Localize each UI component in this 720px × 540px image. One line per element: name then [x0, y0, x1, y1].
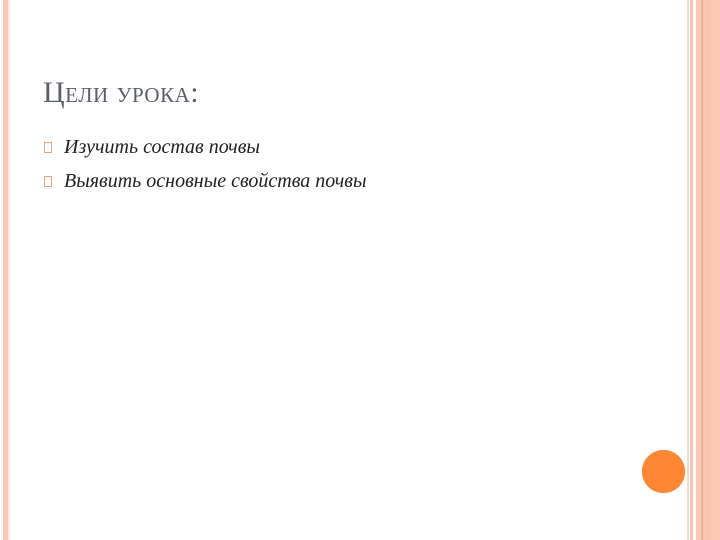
square-bullet-icon: [44, 176, 52, 187]
bullet-text: Выявить основные свойства почвы: [64, 170, 367, 193]
square-bullet-icon: [44, 142, 52, 153]
right-border-band-line: [701, 0, 703, 540]
slide-title: Цели урока:: [43, 76, 199, 110]
right-border-thin-line: [690, 0, 693, 540]
right-border-thin-line: [687, 0, 689, 540]
list-item: Изучить состав почвы: [43, 130, 367, 164]
right-border-band-line: [707, 0, 708, 540]
left-border-edge: [8, 0, 10, 540]
orange-circle-decoration: [642, 450, 685, 493]
bullet-text: Изучить состав почвы: [64, 136, 260, 159]
bullet-list: Изучить состав почвы Выявить основные св…: [43, 130, 367, 198]
list-item: Выявить основные свойства почвы: [43, 164, 367, 198]
right-border-band: [696, 0, 720, 540]
